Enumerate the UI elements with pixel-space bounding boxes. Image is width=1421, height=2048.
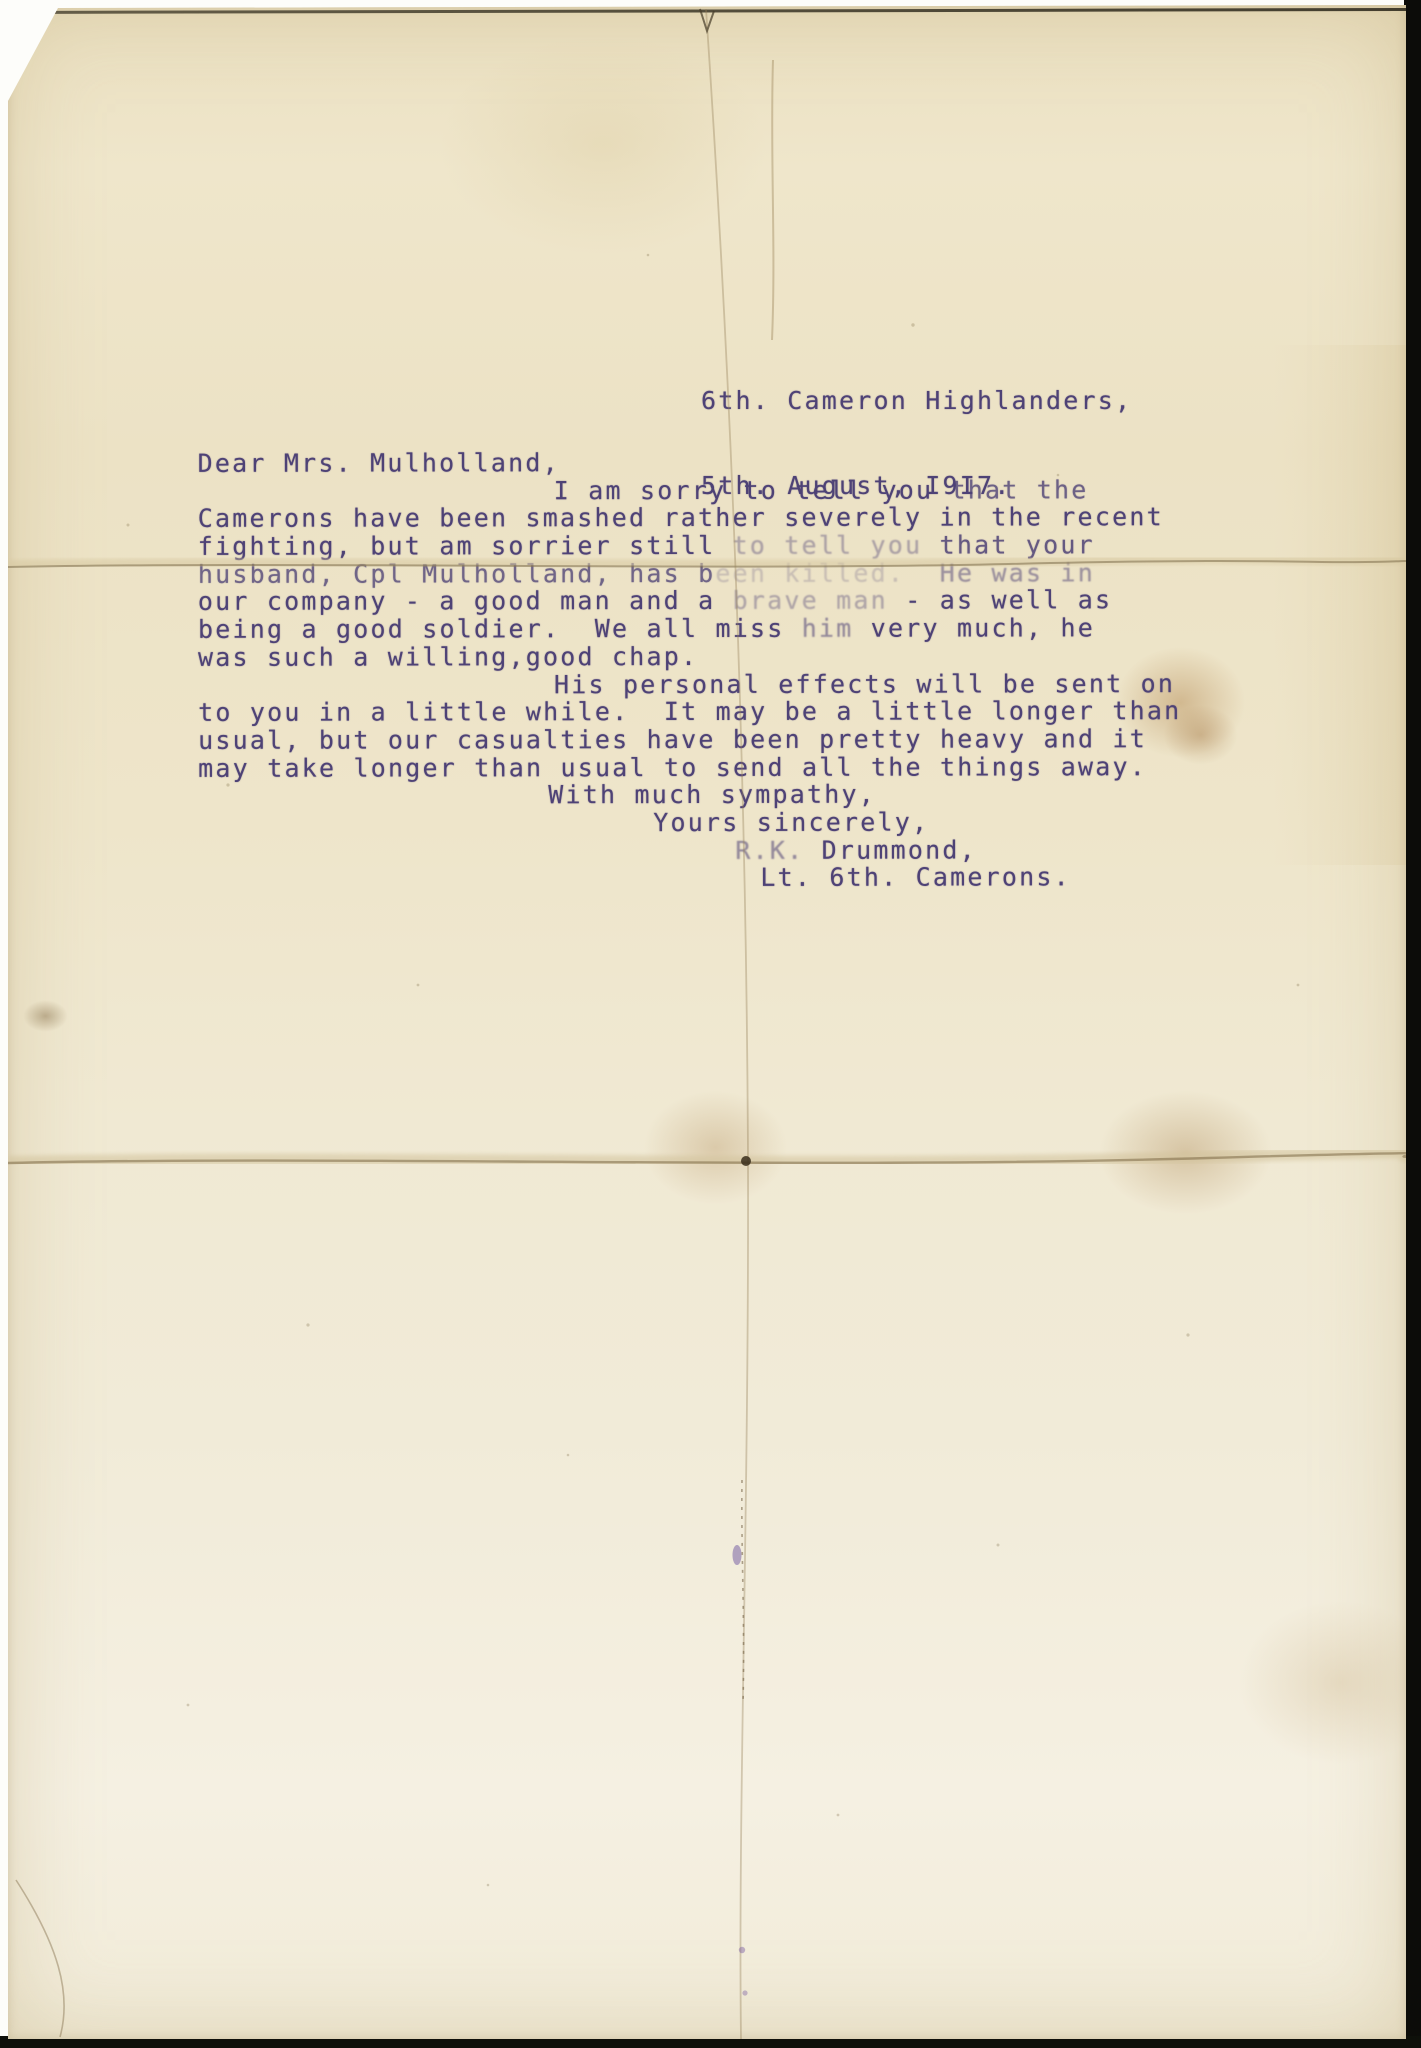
paper-top-edge-shadow — [54, 8, 1406, 14]
stain-midfold-center — [643, 1090, 788, 1205]
ink-smudge-1 — [733, 1545, 742, 1565]
letter-line-7: was such a willing,good chap. — [198, 642, 1181, 671]
letter-body: Dear Mrs. Mulholland,I am sorry to tell … — [198, 448, 1182, 893]
ink-smudge-3 — [742, 1990, 747, 1995]
letter-line-11: may take longer than usual to send all t… — [198, 753, 1181, 782]
stain-midfold-right — [1098, 1090, 1273, 1215]
letter-paper: 6th. Cameron Highlanders, 5th. August, I… — [8, 5, 1406, 2039]
stain-top-center — [438, 35, 768, 255]
letter-line-6: being a good soldier. We all miss him ve… — [198, 614, 1181, 643]
letter-line-8: His personal effects will be sent on — [198, 670, 1181, 699]
tint-right-band — [1273, 345, 1406, 865]
fold-crease-vertical-specks — [742, 1480, 744, 1705]
letter-line-0: Dear Mrs. Mulholland, — [198, 448, 1181, 477]
letter-line-14: R.K. Drummond, — [198, 836, 1181, 865]
letter-line-15: Lt. 6th. Camerons. — [198, 863, 1181, 892]
letter-line-12: With much sympathy, — [198, 780, 1181, 809]
crease-streak-top — [772, 60, 773, 340]
letter-line-10: usual, but our casualties have been pret… — [198, 725, 1181, 754]
letter-line-9: to you in a little while. It may be a li… — [198, 697, 1181, 726]
fold-crease-middle-band — [8, 1152, 1406, 1162]
scanner-edge-right — [1404, 0, 1421, 2048]
fold-crease-vertical — [706, 9, 748, 2039]
ink-smudge-2 — [739, 1947, 745, 1953]
stain-left-speck — [23, 1000, 68, 1032]
letter-line-5: our company - a good man and a brave man… — [198, 587, 1181, 616]
fold-hole — [741, 1156, 751, 1166]
crease-bottom-left — [16, 1880, 64, 2037]
letter-line-3: fighting, but am sorrier still to tell y… — [198, 531, 1181, 560]
scan-background: 6th. Cameron Highlanders, 5th. August, I… — [0, 0, 1421, 2048]
letter-line-4: husband, Cpl Mulholland, has been killed… — [198, 559, 1181, 588]
letter-line-2: Camerons have been smashed rather severe… — [198, 504, 1181, 533]
fold-creases-overlay — [8, 5, 1406, 2039]
letter-line-1: I am sorry to tell you that the — [198, 476, 1181, 505]
fold-crease-middle — [8, 1153, 1406, 1163]
letter-line-13: Yours sincerely, — [198, 808, 1181, 837]
letterhead-unit: 6th. Cameron Highlanders, — [701, 387, 1132, 415]
stain-bottom-right — [1238, 1600, 1421, 1765]
